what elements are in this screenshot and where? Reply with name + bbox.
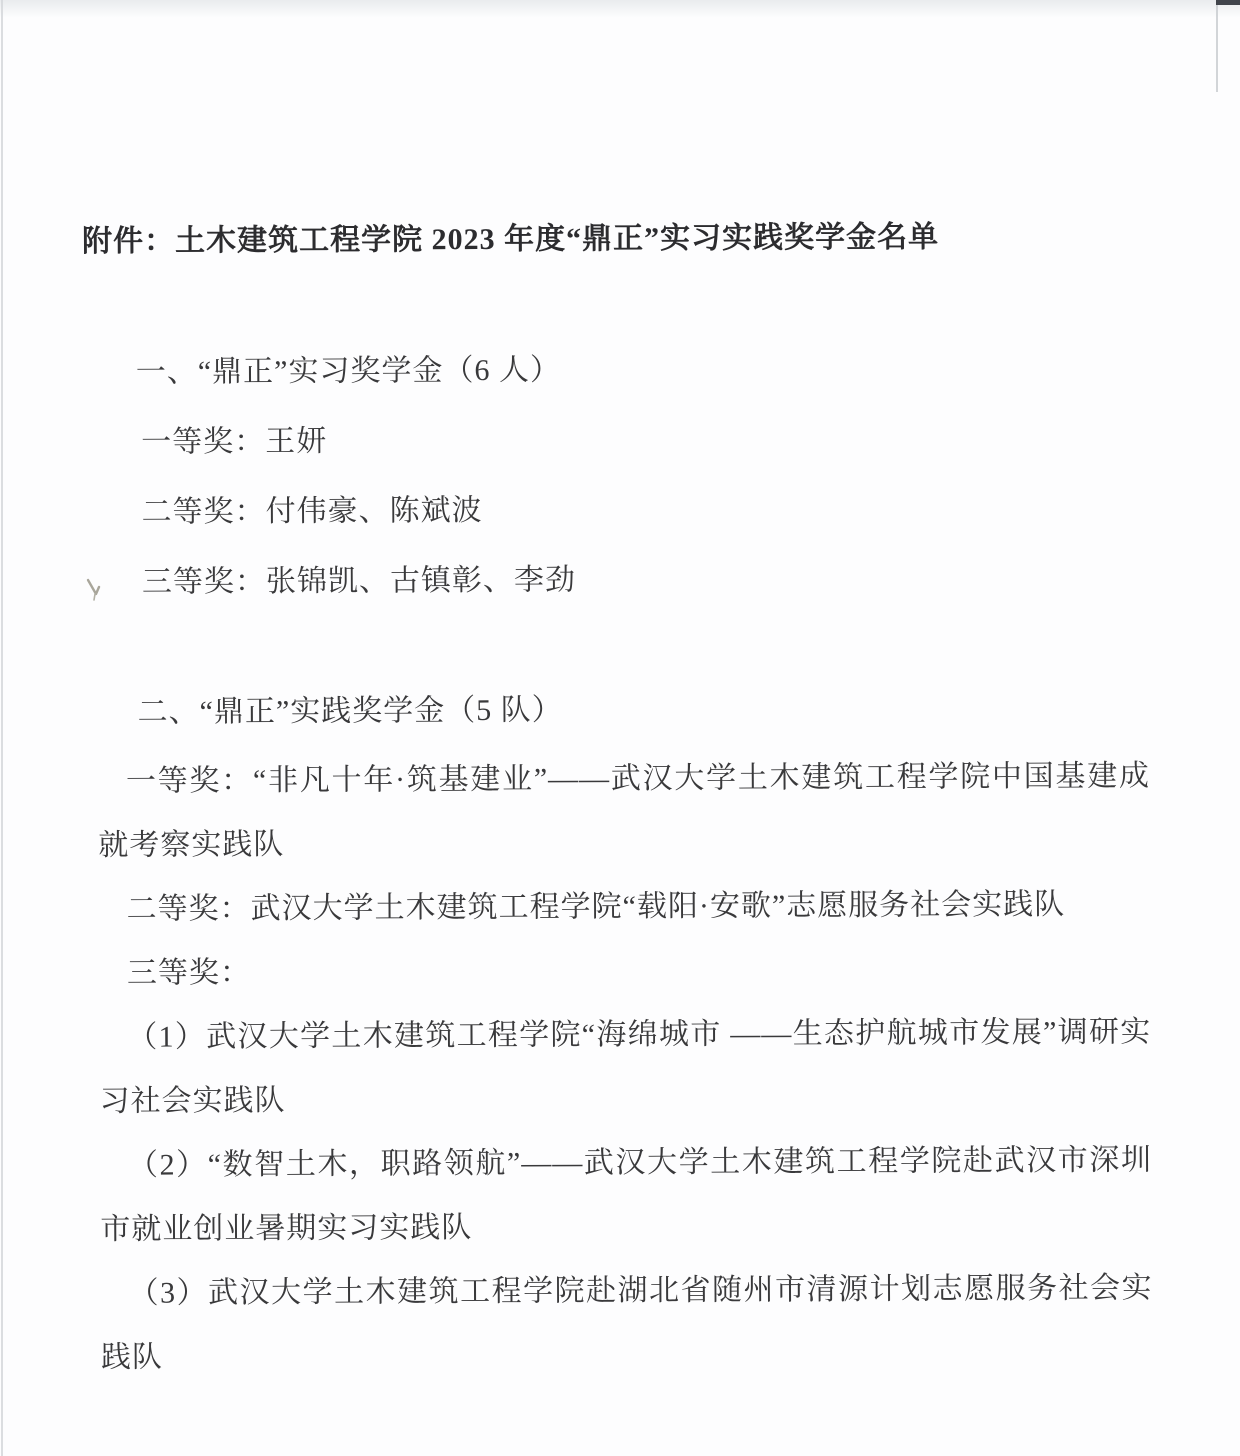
section2-second-prize: 二等奖：武汉大学土木建筑工程学院“载阳·安歌”志愿服务社会实践队 [98,872,1150,942]
scan-left-edge-line [1,0,3,1456]
scanned-page: { "document": { "title": "附件：土木建筑工程学院 20… [0,0,1240,1456]
section1-third-prize: 三等奖：张锦凯、古镇彰、李劲 [97,557,1149,603]
scan-right-edge-line [1216,0,1218,92]
section2-third-prize-team-3: （3）武汉大学土木建筑工程学院赴湖北省随州市清源计划志愿服务社会实践队 [100,1256,1153,1390]
document-title: 附件：土木建筑工程学院 2023 年度“鼎正”实习实践奖学金名单 [82,214,1147,264]
section2-third-prize-team-2: （2）“数智土木，职路领航”——武汉大学土木建筑工程学院赴武汉市深圳市就业创业暑… [100,1128,1153,1262]
section2-heading: 二、“鼎正”实践奖学金（5 队） [97,687,1149,733]
section1-second-prize: 二等奖：付伟豪、陈斌波 [96,487,1148,533]
section2-first-prize: 一等奖：“非凡十年·筑基建业”——武汉大学土木建筑工程学院中国基建成就考察实践队 [98,744,1151,878]
scan-corner-mark [1216,0,1240,5]
document-content: 附件：土木建筑工程学院 2023 年度“鼎正”实习实践奖学金名单 一、“鼎正”实… [95,214,1153,1389]
section2-third-prize-team-1: （1）武汉大学土木建筑工程学院“海绵城市 ——生态护航城市发展”调研实习社会实践… [99,1000,1152,1134]
section1-first-prize: 一等奖：王妍 [96,417,1148,463]
section1-heading: 一、“鼎正”实习奖学金（6 人） [96,347,1148,393]
section2-third-prize-label: 三等奖： [99,936,1151,1006]
scan-top-shade [0,0,1240,18]
